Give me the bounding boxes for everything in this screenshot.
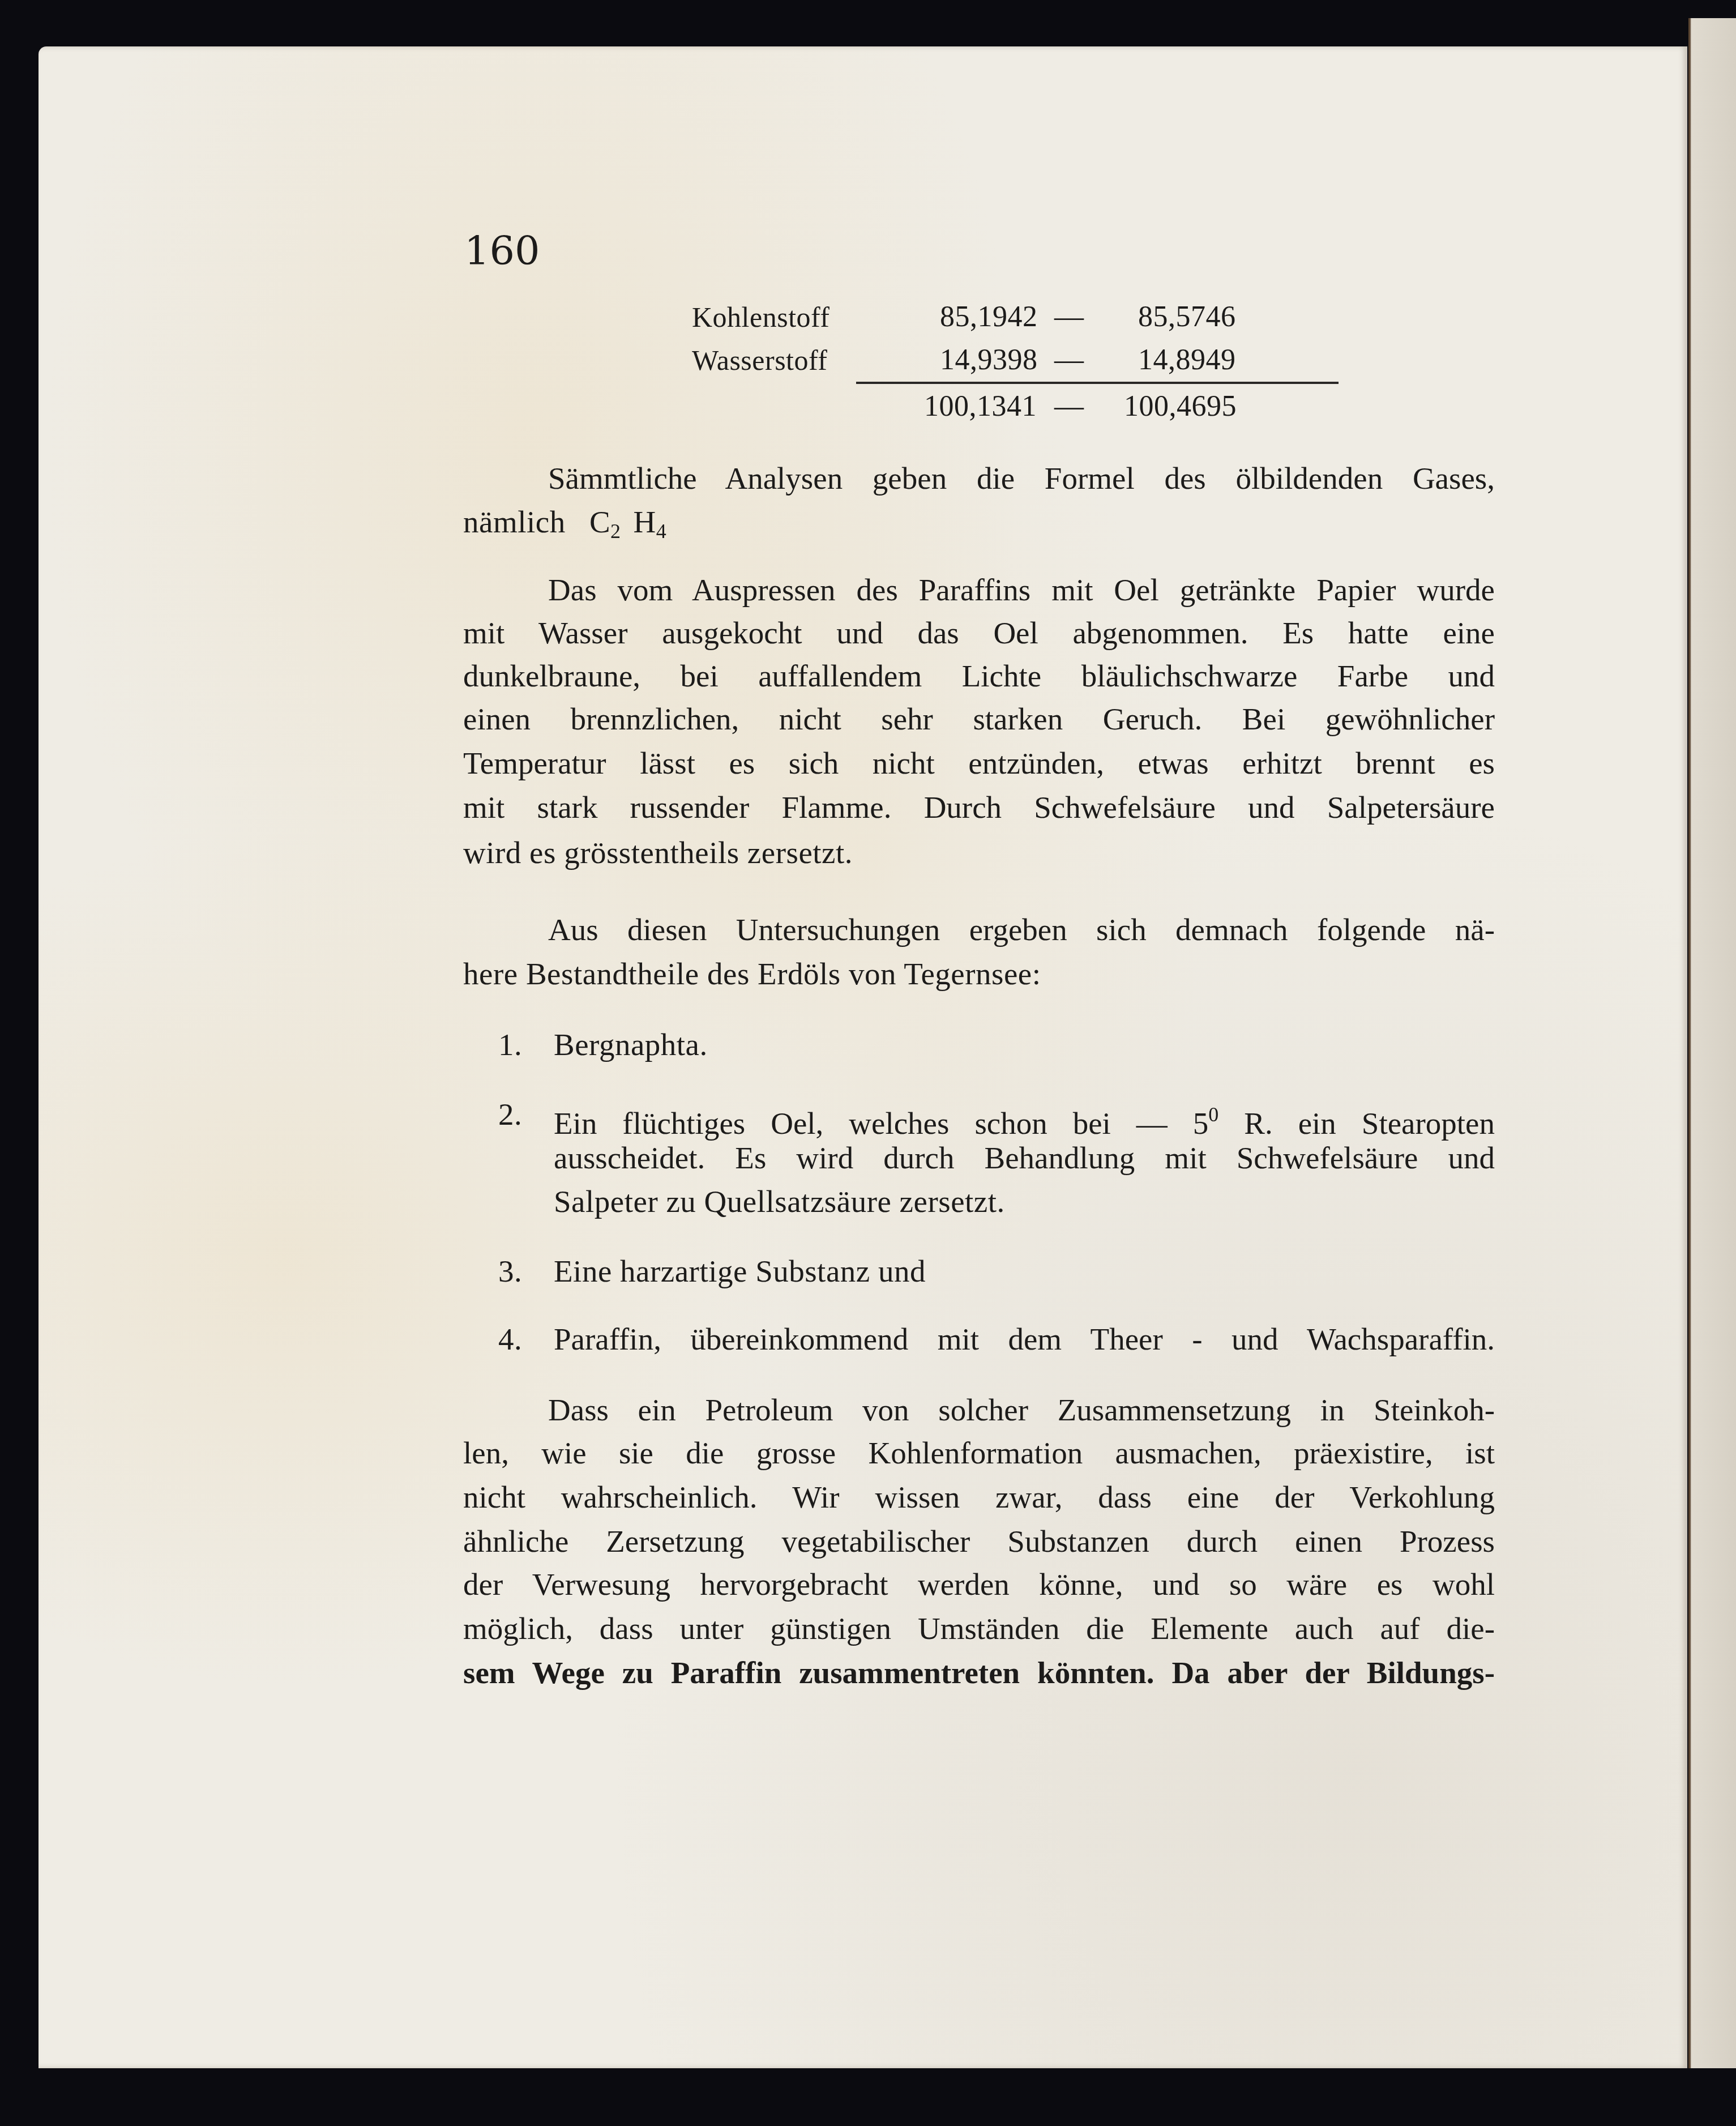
text-line: möglich, dass unter günstigen Umständen … xyxy=(463,1612,1495,1646)
table-total: 100,4695 xyxy=(1124,390,1237,424)
table-dash: — xyxy=(1054,343,1084,377)
sum-rule xyxy=(856,382,1339,384)
formula-subscript: 2 xyxy=(610,520,621,543)
text-line: einen brennzlichen, nicht sehr starken G… xyxy=(463,702,1495,736)
text-line-content: mit Wasser ausgekocht und das Oel abgeno… xyxy=(463,616,1495,650)
text-line: mit stark russender Flamme. Durch Schwef… xyxy=(463,791,1495,825)
text-line-content: der Verwesung hervorgebracht werden könn… xyxy=(463,1568,1495,1602)
text-line: der Verwesung hervorgebracht werden könn… xyxy=(463,1568,1495,1602)
text-line: Das vom Auspressen des Paraffins mit Oel… xyxy=(548,573,1495,607)
list-number: 3. xyxy=(498,1254,522,1288)
formula-element: H xyxy=(634,505,656,539)
list-text: Salpeter zu Quellsatzsäure zersetzt. xyxy=(554,1185,1005,1219)
text-line: dunkelbraune, bei auffallendem Lichte bl… xyxy=(463,659,1495,693)
text-line: Dass ein Petroleum von solcher Zusammens… xyxy=(548,1393,1495,1427)
text-line-content: nicht wahrscheinlich. Wir wissen zwar, d… xyxy=(463,1480,1495,1514)
list-number: 4. xyxy=(498,1322,522,1356)
text-line: len, wie sie die grosse Kohlenformation … xyxy=(463,1436,1495,1470)
list-number: 1. xyxy=(498,1028,522,1062)
text-line-content: Ein flüchtiges Oel, welches schon bei — … xyxy=(554,1098,1495,1141)
text-line-content: sem Wege zu Paraffin zusammentreten könn… xyxy=(463,1656,1495,1690)
formula: C2H4 xyxy=(589,505,666,539)
text-line: Temperatur lässt es sich nicht entzünden… xyxy=(463,746,1495,780)
text-line: nicht wahrscheinlich. Wir wissen zwar, d… xyxy=(463,1480,1495,1514)
text-line-content: Aus diesen Untersuchungen ergeben sich d… xyxy=(548,913,1495,947)
text-line: Sämmtliche Analysen geben die Formel des… xyxy=(548,462,1495,496)
book-page xyxy=(39,46,1687,2068)
text-line-content: len, wie sie die grosse Kohlenformation … xyxy=(463,1436,1495,1470)
table-cell: 85,1942 xyxy=(940,300,1038,334)
table-row-label: Kohlenstoff xyxy=(692,300,829,334)
text-word: nämlich xyxy=(463,505,566,539)
text-line-content: mit stark russender Flamme. Durch Schwef… xyxy=(463,791,1495,825)
table-total: 100,1341 xyxy=(924,390,1037,424)
text-line-content: Das vom Auspressen des Paraffins mit Oel… xyxy=(548,573,1495,607)
text-line-content: Temperatur lässt es sich nicht entzünden… xyxy=(463,746,1495,780)
text-fragment: Ein flüchtiges Oel, welches schon bei — … xyxy=(554,1106,1208,1141)
text-line-content: Sämmtliche Analysen geben die Formel des… xyxy=(548,462,1495,496)
text-line: wird es grösstentheils zersetzt. xyxy=(463,836,853,870)
formula-element: C xyxy=(589,505,610,539)
table-cell: 14,8949 xyxy=(1138,343,1236,377)
text-line: ausscheidet. Es wird durch Behandlung mi… xyxy=(554,1141,1495,1175)
list-text: Eine harzartige Substanz und xyxy=(554,1254,926,1288)
table-row-label: Wasserstoff xyxy=(692,343,827,377)
text-line-content: ähnliche Zersetzung vegetabilischer Subs… xyxy=(463,1525,1495,1559)
text-line: ähnliche Zersetzung vegetabilischer Subs… xyxy=(463,1525,1495,1559)
text-line: mit Wasser ausgekocht und das Oel abgeno… xyxy=(463,616,1495,650)
table-cell: 14,9398 xyxy=(940,343,1038,377)
table-cell: 85,5746 xyxy=(1138,300,1236,334)
list-text: Bergnaphta. xyxy=(554,1028,708,1062)
text-line-content: ausscheidet. Es wird durch Behandlung mi… xyxy=(554,1141,1495,1175)
list-number: 2. xyxy=(498,1098,522,1132)
text-line-content: einen brennzlichen, nicht sehr starken G… xyxy=(463,702,1495,736)
text-line: Paraffin, übereinkommend mit dem Theer -… xyxy=(554,1322,1495,1356)
text-line: here Bestandtheile des Erdöls von Tegern… xyxy=(463,957,1041,991)
degree-symbol: 0 xyxy=(1208,1103,1218,1126)
text-line: Aus diesen Untersuchungen ergeben sich d… xyxy=(548,913,1495,947)
text-line-content: Paraffin, übereinkommend mit dem Theer -… xyxy=(554,1322,1495,1356)
text-line: Ein flüchtiges Oel, welches schon bei — … xyxy=(554,1098,1495,1141)
table-dash: — xyxy=(1054,390,1084,424)
text-line: nämlich C2H4 xyxy=(463,505,666,548)
table-dash: — xyxy=(1054,300,1084,334)
text-line-content: dunkelbraune, bei auffallendem Lichte bl… xyxy=(463,659,1495,693)
text-line: sem Wege zu Paraffin zusammentreten könn… xyxy=(463,1656,1495,1690)
formula-subscript: 4 xyxy=(656,520,667,543)
text-fragment: R. ein Stearopten xyxy=(1218,1106,1495,1141)
text-line-content: Dass ein Petroleum von solcher Zusammens… xyxy=(548,1393,1495,1427)
text-line-content: möglich, dass unter günstigen Umständen … xyxy=(463,1612,1495,1646)
next-page-edge xyxy=(1688,18,1736,2068)
page-number: 160 xyxy=(464,228,540,274)
